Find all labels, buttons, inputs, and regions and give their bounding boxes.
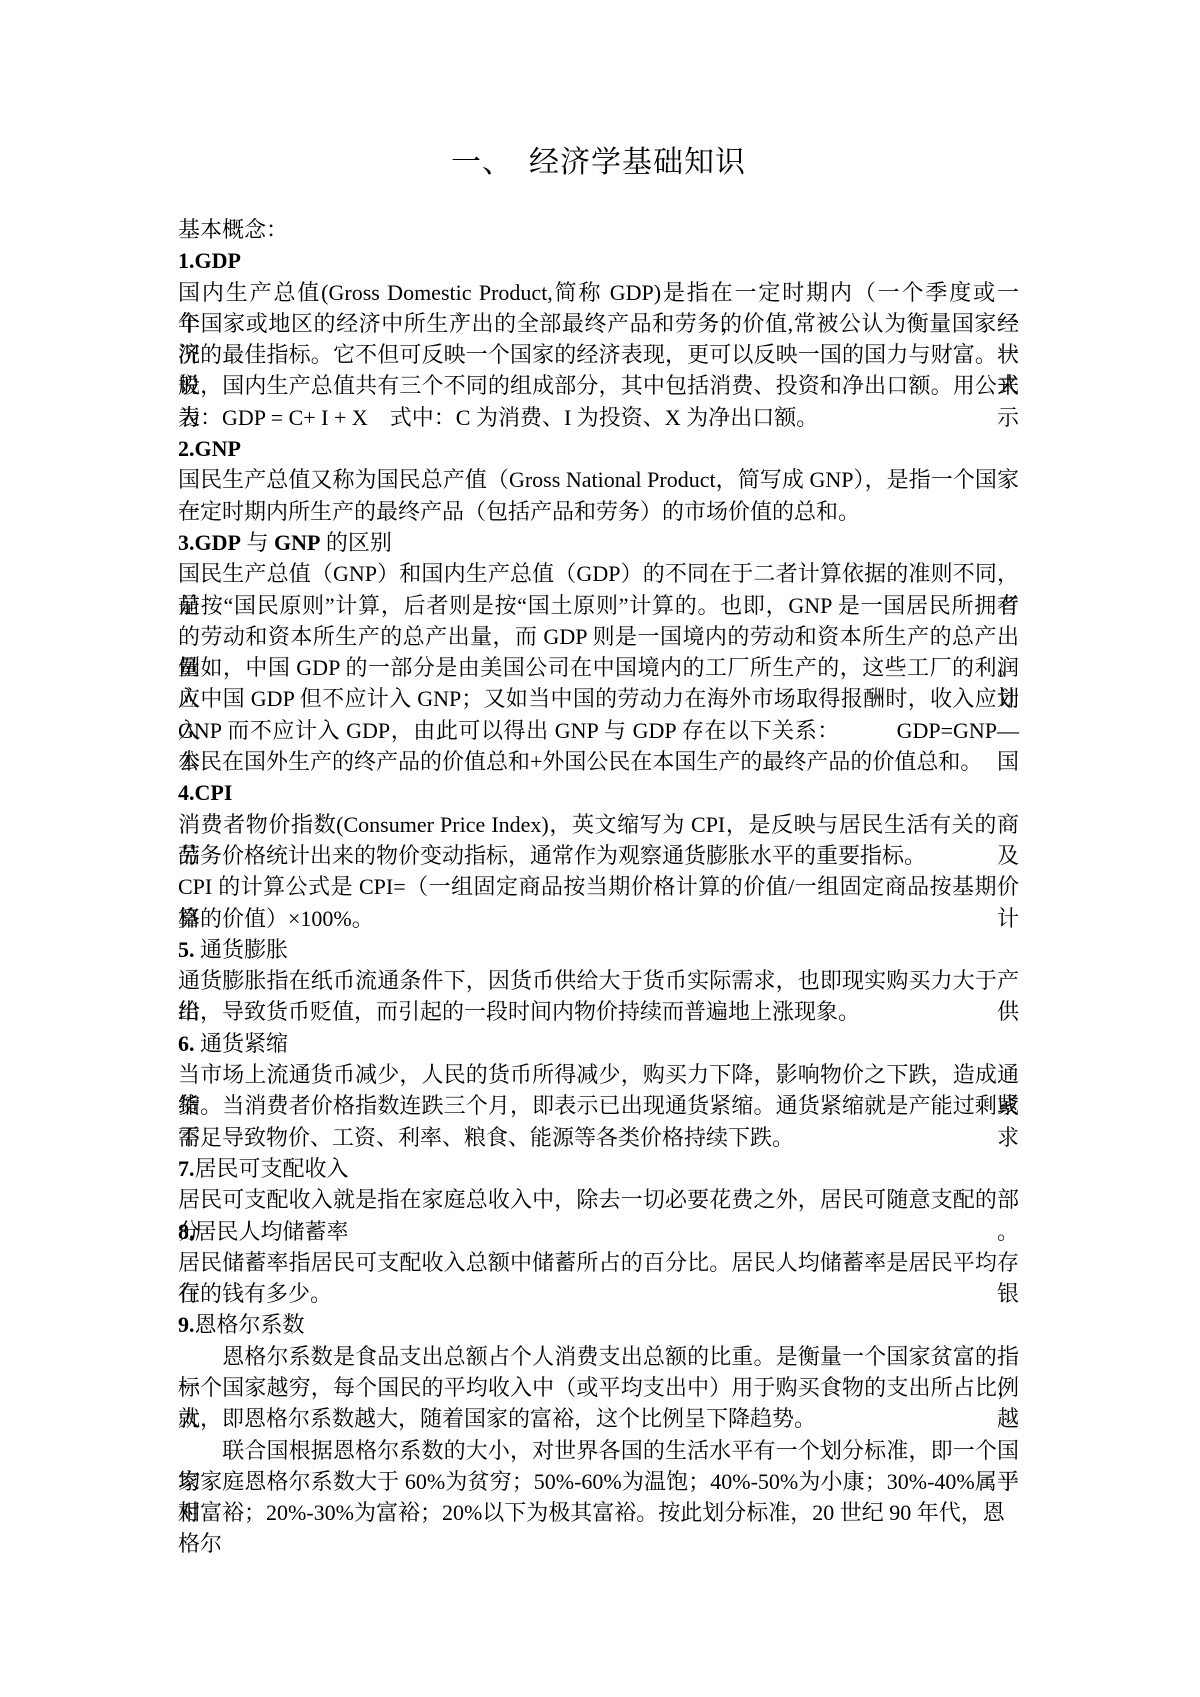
section-heading: 1.GDP [178, 245, 1019, 276]
text-run: 与 [241, 530, 274, 555]
heading-number: 4.CPI [178, 780, 232, 805]
text-run: 通货膨胀 [200, 937, 288, 962]
heading-number: GNP [274, 530, 320, 555]
section-heading: 9.恩格尔系数 [178, 1309, 1019, 1340]
text-line: 一个国家越穷，每个国民的平均收入中（或平均支出中）用于购买食物的支出所占比例就越 [178, 1372, 1019, 1403]
text-run: 是按“国民原则”计算，后者则是按“国土原则”计算的。也即，GNP 是一国居民所拥… [178, 593, 1019, 618]
text-line: 对富裕；20%-30%为富裕；20%以下为极其富裕。按此划分标准，20 世纪 9… [178, 1497, 1019, 1528]
heading-number: 1.GDP [178, 248, 241, 273]
text-line: 当市场上流通货币减少，人民的货币所得减少，购买力下降，影响物价之下跌，造成通货紧 [178, 1059, 1019, 1090]
text-run: 行的钱有多少。 [178, 1281, 332, 1306]
text-line: 国民生产总值又称为国民总产值（Gross National Product，简写… [178, 464, 1019, 495]
text-line: 况的最佳指标。它不但可反映一个国家的经济表现，更可以反映一国的国力与财富。一般来 [178, 339, 1019, 370]
text-line: CPI 的计算公式是 CPI=（一组固定商品按当期价格计算的价值/一组固定商品按… [178, 871, 1019, 902]
section-heading: 5. 通货膨胀 [178, 934, 1019, 965]
document-page: 一、 经济学基础知识 基本概念：1.GDP国内生产总值(Gross Domest… [0, 0, 1200, 1697]
text-run: 对富裕；20%-30%为富裕；20%以下为极其富裕。按此划分标准，20 世纪 9… [178, 1500, 1005, 1556]
text-line: 通货膨胀指在纸币流通条件下，因货币供给大于货币实际需求，也即现实购买力大于产出供 [178, 965, 1019, 996]
heading-number: 3.GDP [178, 530, 241, 555]
section-heading: 7.居民可支配收入 [178, 1153, 1019, 1184]
text-run: 不足导致物价、工资、利率、粮食、能源等各类价格持续下跌。 [178, 1125, 794, 1150]
document-title: 一、 经济学基础知识 [178, 141, 1019, 185]
text-run: 大，即恩格尔系数越大，随着国家的富裕，这个比例呈下降趋势。 [178, 1406, 816, 1431]
text-line: 的劳动和资本所生产的总产出量，而 GDP 则是一国境内的劳动和资本所生产的总产出… [178, 621, 1019, 652]
text-line: 居民储蓄率指居民可支配收入总额中储蓄所占的百分比。居民人均储蓄率是居民平均存在银 [178, 1247, 1019, 1278]
text-run: 的区别 [320, 530, 392, 555]
heading-number: 5. [178, 937, 200, 962]
text-line: 消费者物价指数(Consumer Price Index)，英文缩写为 CPI，… [178, 809, 1019, 840]
text-line: 均家庭恩格尔系数大于 60%为贫穷；50%-60%为温饱；40%-50%为小康；… [178, 1466, 1019, 1497]
text-line: 一定时期内所生产的最终产品（包括产品和劳务）的市场价值的总和。 [178, 496, 1019, 527]
text-line: 国内生产总值(Gross Domestic Product,简称 GDP)是指在… [178, 277, 1019, 308]
text-line: 联合国根据恩格尔系数的大小，对世界各国的生活水平有一个划分标准，即一个国家平 [178, 1435, 1019, 1466]
text-line: 是按“国民原则”计算，后者则是按“国土原则”计算的。也即，GNP 是一国居民所拥… [178, 590, 1019, 621]
text-run: 算的价值）×100%。 [178, 906, 374, 931]
text-line: 恩格尔系数是食品支出总额占个人消费支出总额的比重。是衡量一个国家贫富的指标， [178, 1341, 1019, 1372]
text-run: 为：GDP = C+ I + X 式中：C 为消费、I 为投资、X 为净出口额。 [178, 405, 818, 430]
text-run: 公民在国外生产的终产品的价值总和+外国公民在本国生产的最终产品的价值总和。 [178, 749, 982, 774]
text-line: 劳务价格统计出来的物价变动指标，通常作为观察通货膨胀水平的重要指标。 [178, 840, 1019, 871]
document-content: 一、 经济学基础知识 基本概念：1.GDP国内生产总值(Gross Domest… [178, 141, 1019, 1528]
heading-number: 2.GNP [178, 436, 241, 461]
heading-number: 9. [178, 1312, 195, 1337]
heading-number: 6. [178, 1031, 200, 1056]
text-run: 给，导致货币贬值，而引起的一段时间内物价持续而普遍地上涨现象。 [178, 999, 860, 1024]
text-line: 基本概念： [178, 214, 1019, 245]
text-line: 入中国 GDP 但不应计入 GNP；又如当中国的劳动力在海外市场取得报酬时，收入… [178, 683, 1019, 714]
heading-number: 8. [178, 1219, 195, 1244]
heading-number: 7. [178, 1156, 195, 1181]
text-run: 基本概念： [178, 217, 288, 242]
text-line: 个国家或地区的经济中所生产出的全部最终产品和劳务的价值,常被公认为衡量国家经济状 [178, 308, 1019, 339]
text-run: 一定时期内所生产的最终产品（包括产品和劳务）的市场价值的总和。 [178, 499, 860, 524]
text-line: 国民生产总值（GNP）和国内生产总值（GDP）的不同在于二者计算依据的准则不同，… [178, 558, 1019, 589]
text-line: 例如，中国 GDP 的一部分是由美国公司在中国境内的工厂所生产的，这些工厂的利润… [178, 652, 1019, 683]
text-run: 恩格尔系数 [195, 1312, 305, 1337]
section-heading: 3.GDP 与 GNP 的区别 [178, 527, 1019, 558]
text-line: 公民在国外生产的终产品的价值总和+外国公民在本国生产的最终产品的价值总和。 [178, 746, 1019, 777]
text-run: 居民人均储蓄率 [195, 1219, 349, 1244]
section-heading: 6. 通货紧缩 [178, 1028, 1019, 1059]
text-run: 居民可支配收入 [195, 1156, 349, 1181]
text-line: 缩。当消费者价格指数连跌三个月，即表示已出现通货紧缩。通货紧缩就是产能过剩或需求 [178, 1090, 1019, 1121]
text-run: 通货紧缩 [200, 1031, 288, 1056]
section-heading: 4.CPI [178, 777, 1019, 808]
text-line: GNP 而不应计入 GDP，由此可以得出 GNP 与 GDP 存在以下关系： G… [178, 715, 1019, 746]
text-run: 劳务价格统计出来的物价变动指标，通常作为观察通货膨胀水平的重要指标。 [178, 843, 926, 868]
document-body: 基本概念：1.GDP国内生产总值(Gross Domestic Product,… [178, 214, 1019, 1528]
section-heading: 2.GNP [178, 433, 1019, 464]
text-line: 居民可支配收入就是指在家庭总收入中，除去一切必要花费之外，居民可随意支配的部分。 [178, 1184, 1019, 1215]
text-line: 说，国内生产总值共有三个不同的组成部分，其中包括消费、投资和净出口额。用公式表示 [178, 370, 1019, 401]
